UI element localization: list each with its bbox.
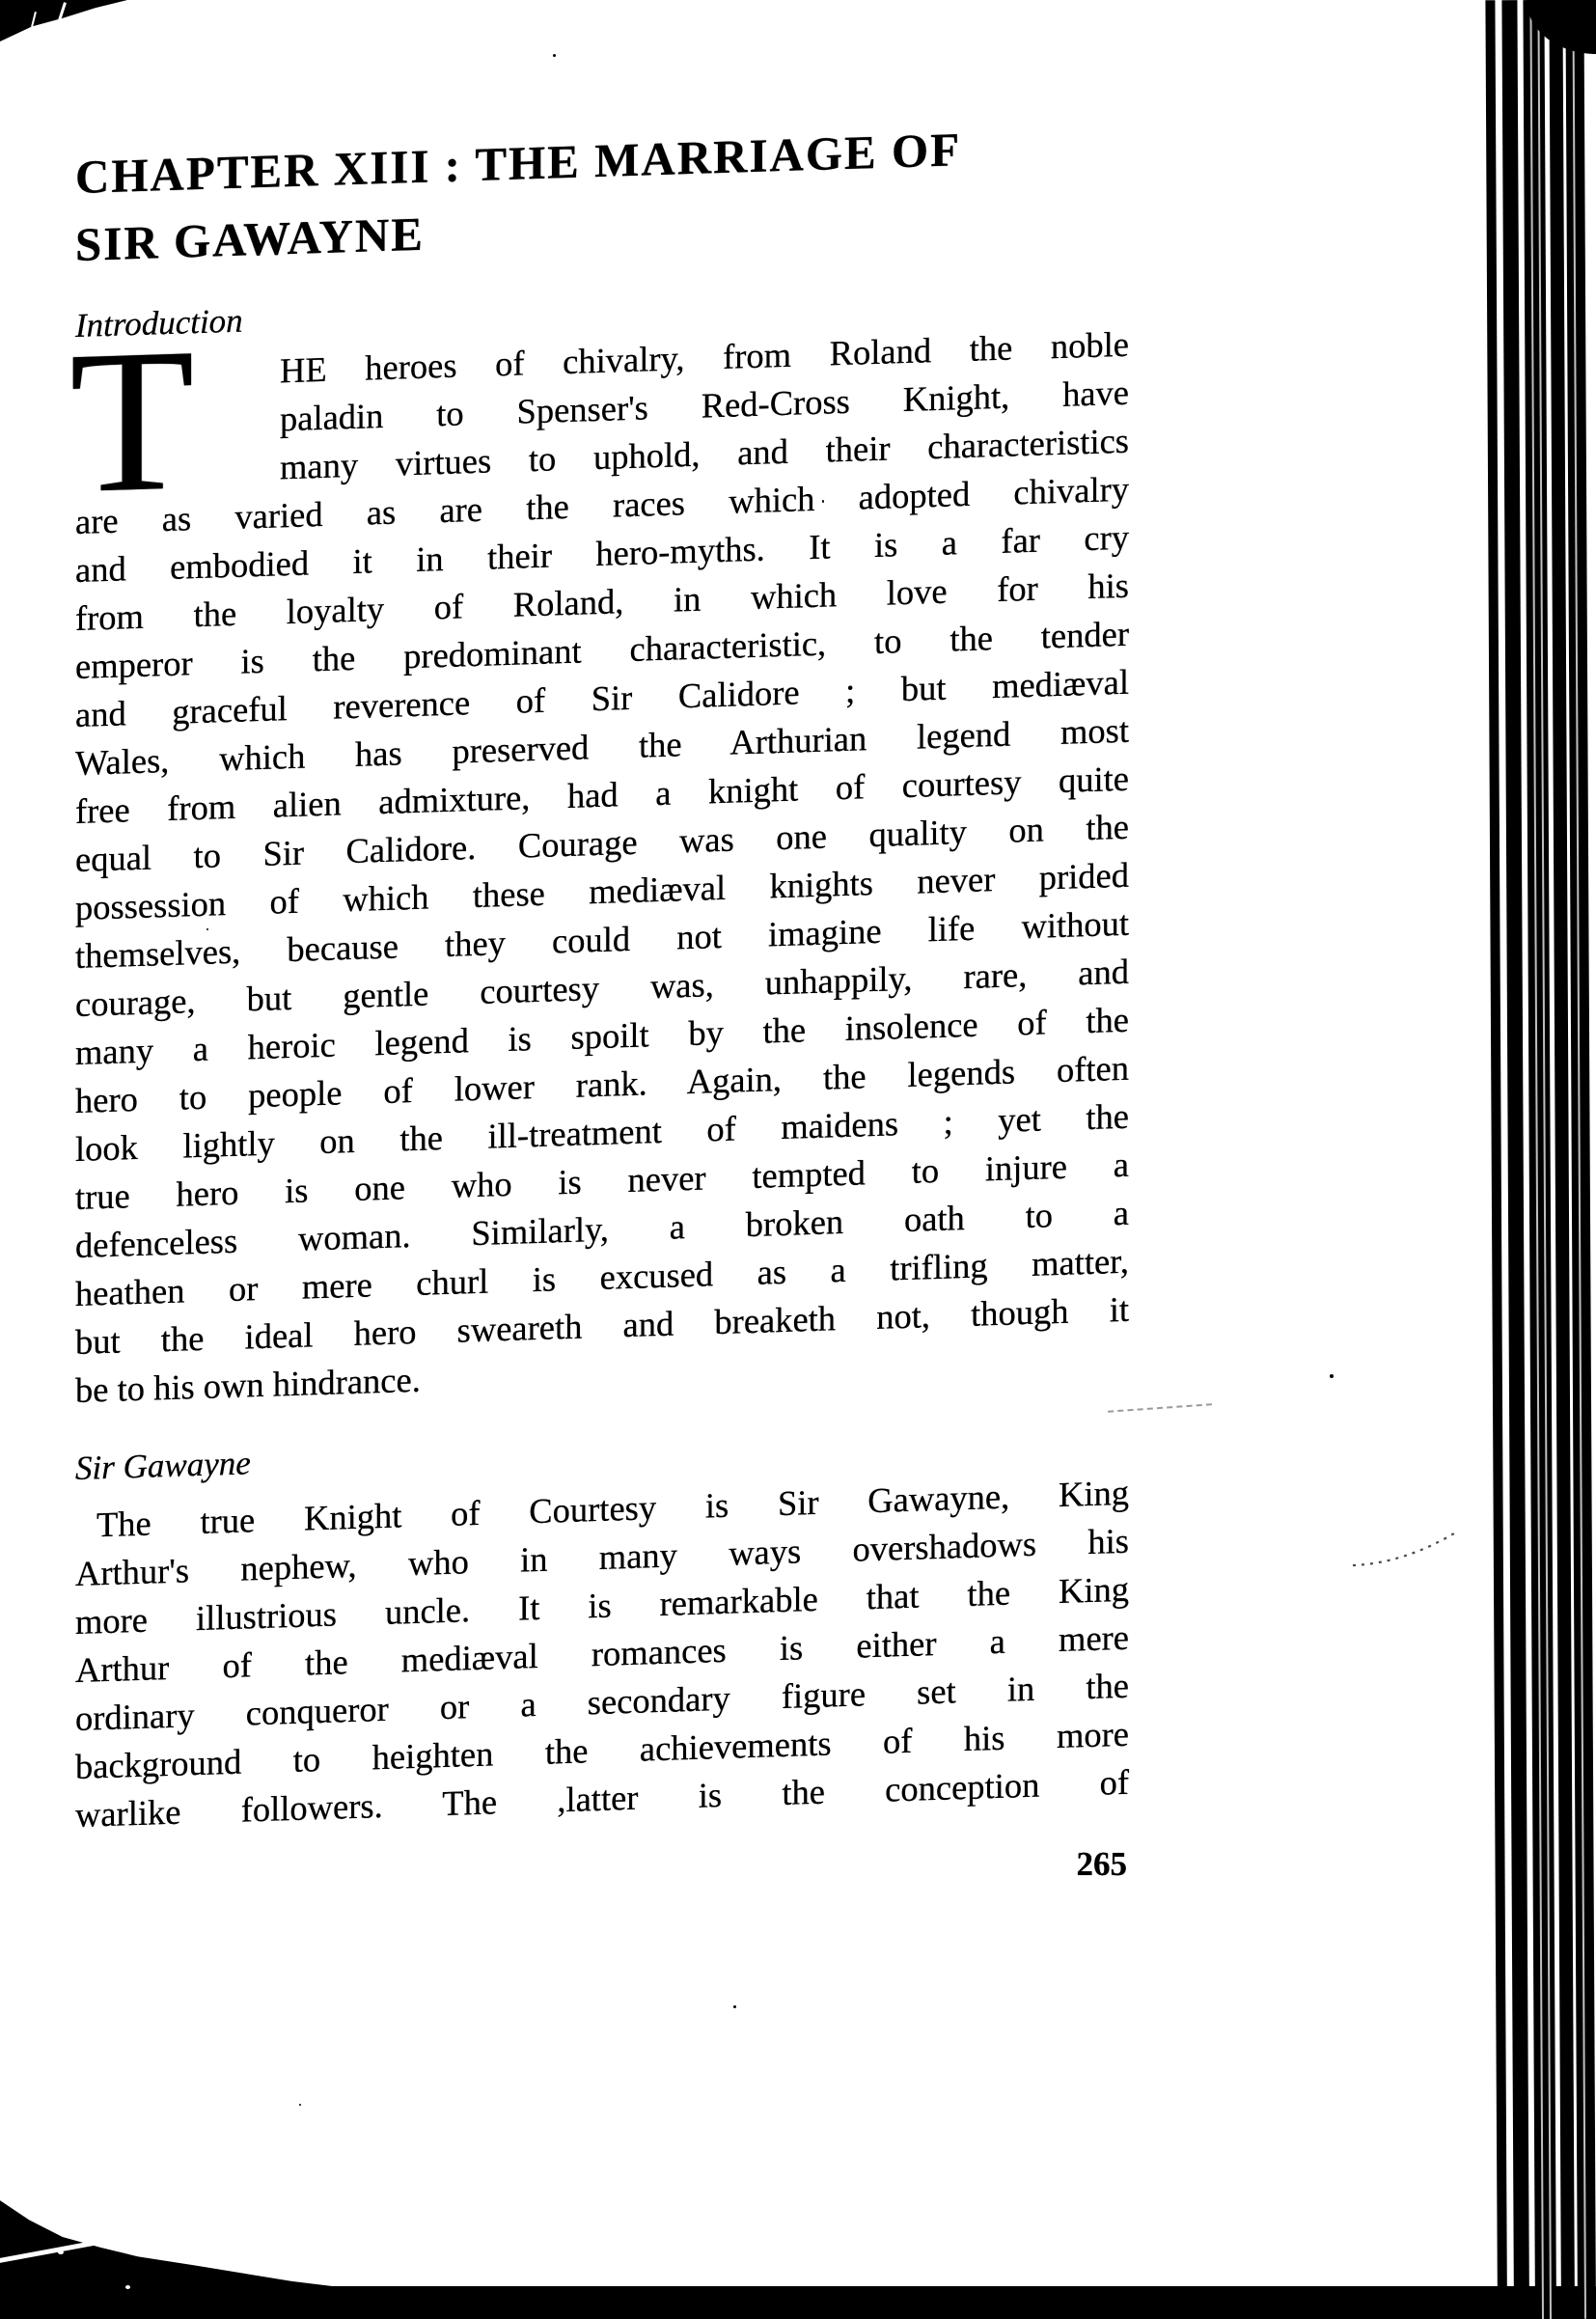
section-heading-sir-gawayne: Sir Gawayne (75, 1444, 251, 1488)
paper-speck (125, 2285, 130, 2289)
ink-speck (206, 928, 208, 930)
ink-speck (299, 2104, 301, 2106)
paragraph2-lines: The true Knight of Courtesy is Sir Gaway… (75, 1469, 1129, 1839)
scan-shadow-bottom-band (0, 2286, 1596, 2319)
ink-speck (553, 54, 556, 57)
page-text-block: CHAPTER XIII : THE MARRIAGE OF SIR GAWAY… (75, 0, 1129, 2319)
ink-speck (733, 2005, 736, 2008)
ink-speck (1330, 1374, 1334, 1378)
book-page-edges (1481, 0, 1596, 2319)
paragraph-lines-full-width: are as varied as are the races which ado… (75, 465, 1129, 1415)
pencil-curve-mark (1349, 1525, 1465, 1576)
ink-speck (822, 500, 824, 503)
paragraph-lines-beside-dropcap: HE heroes of chivalry, from Roland the n… (280, 320, 1129, 492)
paper-speck (35, 2220, 39, 2223)
scanned-book-page: CHAPTER XIII : THE MARRIAGE OF SIR GAWAY… (0, 0, 1596, 2319)
paper-speck (58, 2250, 64, 2254)
page-number: 265 (998, 1845, 1127, 1884)
